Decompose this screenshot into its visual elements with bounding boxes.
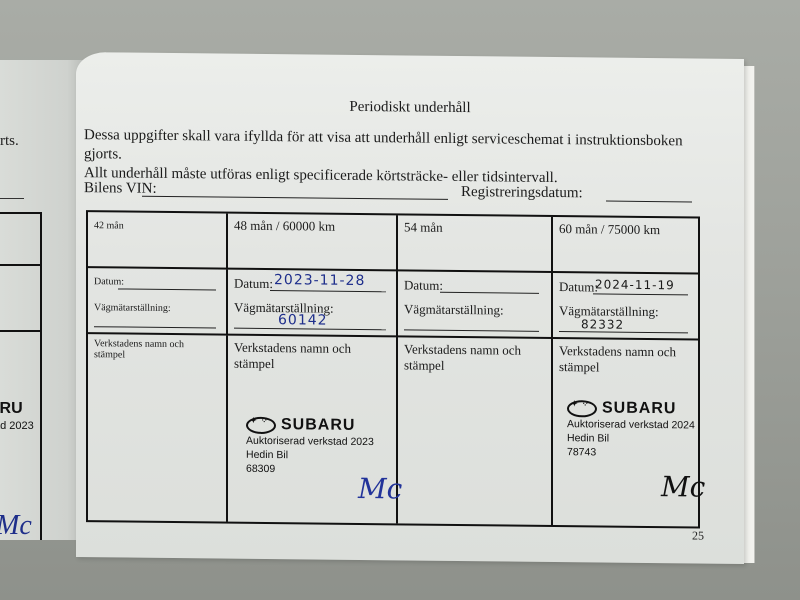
workshop-stamp-cell: Verkstadens namn och stämpel SUBARU Aukt… [553,339,698,527]
date-value: 2023-11-28 [274,272,365,289]
page-title: Periodiskt underhåll [76,96,744,120]
subaru-logo-icon [246,416,276,433]
date-label: Datum: [94,276,124,287]
service-log-page: Periodiskt underhåll Dessa uppgifter ska… [76,52,744,564]
workshop-label: Verkstadens namn och stämpel [94,338,220,361]
signature: Mc [661,470,705,503]
workshop-stamp: SUBARU Auktoriserad verkstad 2024 Hedin … [567,399,695,460]
stamp-line-3: 68309 [246,462,374,477]
service-table: 42 mån 48 mån / 60000 km 54 mån 60 mån /… [86,210,700,528]
interval-label: 54 mån [404,219,443,234]
date-odometer-cell: Datum: 2023-11-28 Vägmätarställning: 601… [228,270,398,338]
previous-page-signature: Mc [0,510,32,540]
interval-cell-60: 60 mån / 75000 km [553,217,698,275]
date-label: Datum: [234,276,273,292]
signature: Mc [358,472,402,505]
previous-page-stamp-brand: ARU [0,400,23,418]
vin-field[interactable] [142,196,448,200]
date-value: 2024-11-19 [595,277,675,292]
date-field[interactable] [440,292,539,294]
stamp-line-3: 78743 [567,445,695,460]
date-odometer-cell: Datum: 2024-11-19 Vägmätarställning: 823… [553,273,698,341]
stamp-brand: SUBARU [602,400,676,419]
stamp-line-1: Auktoriserad verkstad 2023 [246,434,374,449]
interval-cell-42: 42 mån [88,212,228,269]
previous-page-stamp-line: ad 2023 [0,420,34,432]
odometer-field[interactable] [94,326,216,328]
odometer-label: Vägmätarställning: [94,302,171,314]
stamp-line-2: Hedin Bil [567,431,695,446]
odometer-value: 82332 [581,317,624,331]
date-odometer-cell: Datum: Vägmätarställning: [88,268,228,335]
interval-cell-48: 48 mån / 60000 km [228,214,398,272]
registration-date-label: Registreringsdatum: [461,184,583,202]
workshop-stamp-cell: Verkstadens namn och stämpel [88,334,228,521]
previous-page-field-line [0,198,24,199]
workshop-stamp-cell: Verkstadens namn och stämpel SUBARU Aukt… [228,336,398,524]
odometer-field[interactable] [404,329,539,331]
odometer-label: Vägmätarställning: [404,301,504,318]
previous-page: rts. ARU ad 2023 Mc [0,60,84,540]
workshop-label: Verkstadens namn och stämpel [404,341,545,374]
stamp-brand: SUBARU [281,416,355,435]
odometer-value: 60142 [278,312,328,329]
page-number: 25 [692,528,704,543]
workshop-stamp: SUBARU Auktoriserad verkstad 2023 Hedin … [246,416,374,477]
interval-label: 60 mån / 75000 km [559,221,660,237]
stamp-line-1: Auktoriserad verkstad 2024 [567,417,695,432]
workshop-stamp-cell: Verkstadens namn och stämpel [398,337,553,525]
previous-page-table [0,212,42,540]
registration-date-field[interactable] [606,201,692,203]
previous-page-text-fragment: rts. [0,133,19,150]
stamp-line-2: Hedin Bil [246,448,374,463]
interval-cell-54: 54 mån [398,215,553,273]
date-label: Datum: [404,277,443,293]
date-odometer-cell: Datum: Vägmätarställning: [398,271,553,339]
date-field[interactable] [118,288,216,290]
date-field[interactable] [593,293,688,295]
interval-label: 48 mån / 60000 km [234,218,335,234]
subaru-logo-icon [567,400,597,417]
interval-label: 42 mån [94,220,124,231]
intro-text: Dessa uppgifter skall vara ifyllda för a… [84,126,724,190]
intro-line-1: Dessa uppgifter skall vara ifyllda för a… [84,126,724,171]
workshop-label: Verkstadens namn och stämpel [559,343,692,376]
workshop-label: Verkstadens namn och stämpel [234,340,390,374]
date-field[interactable] [270,290,386,292]
